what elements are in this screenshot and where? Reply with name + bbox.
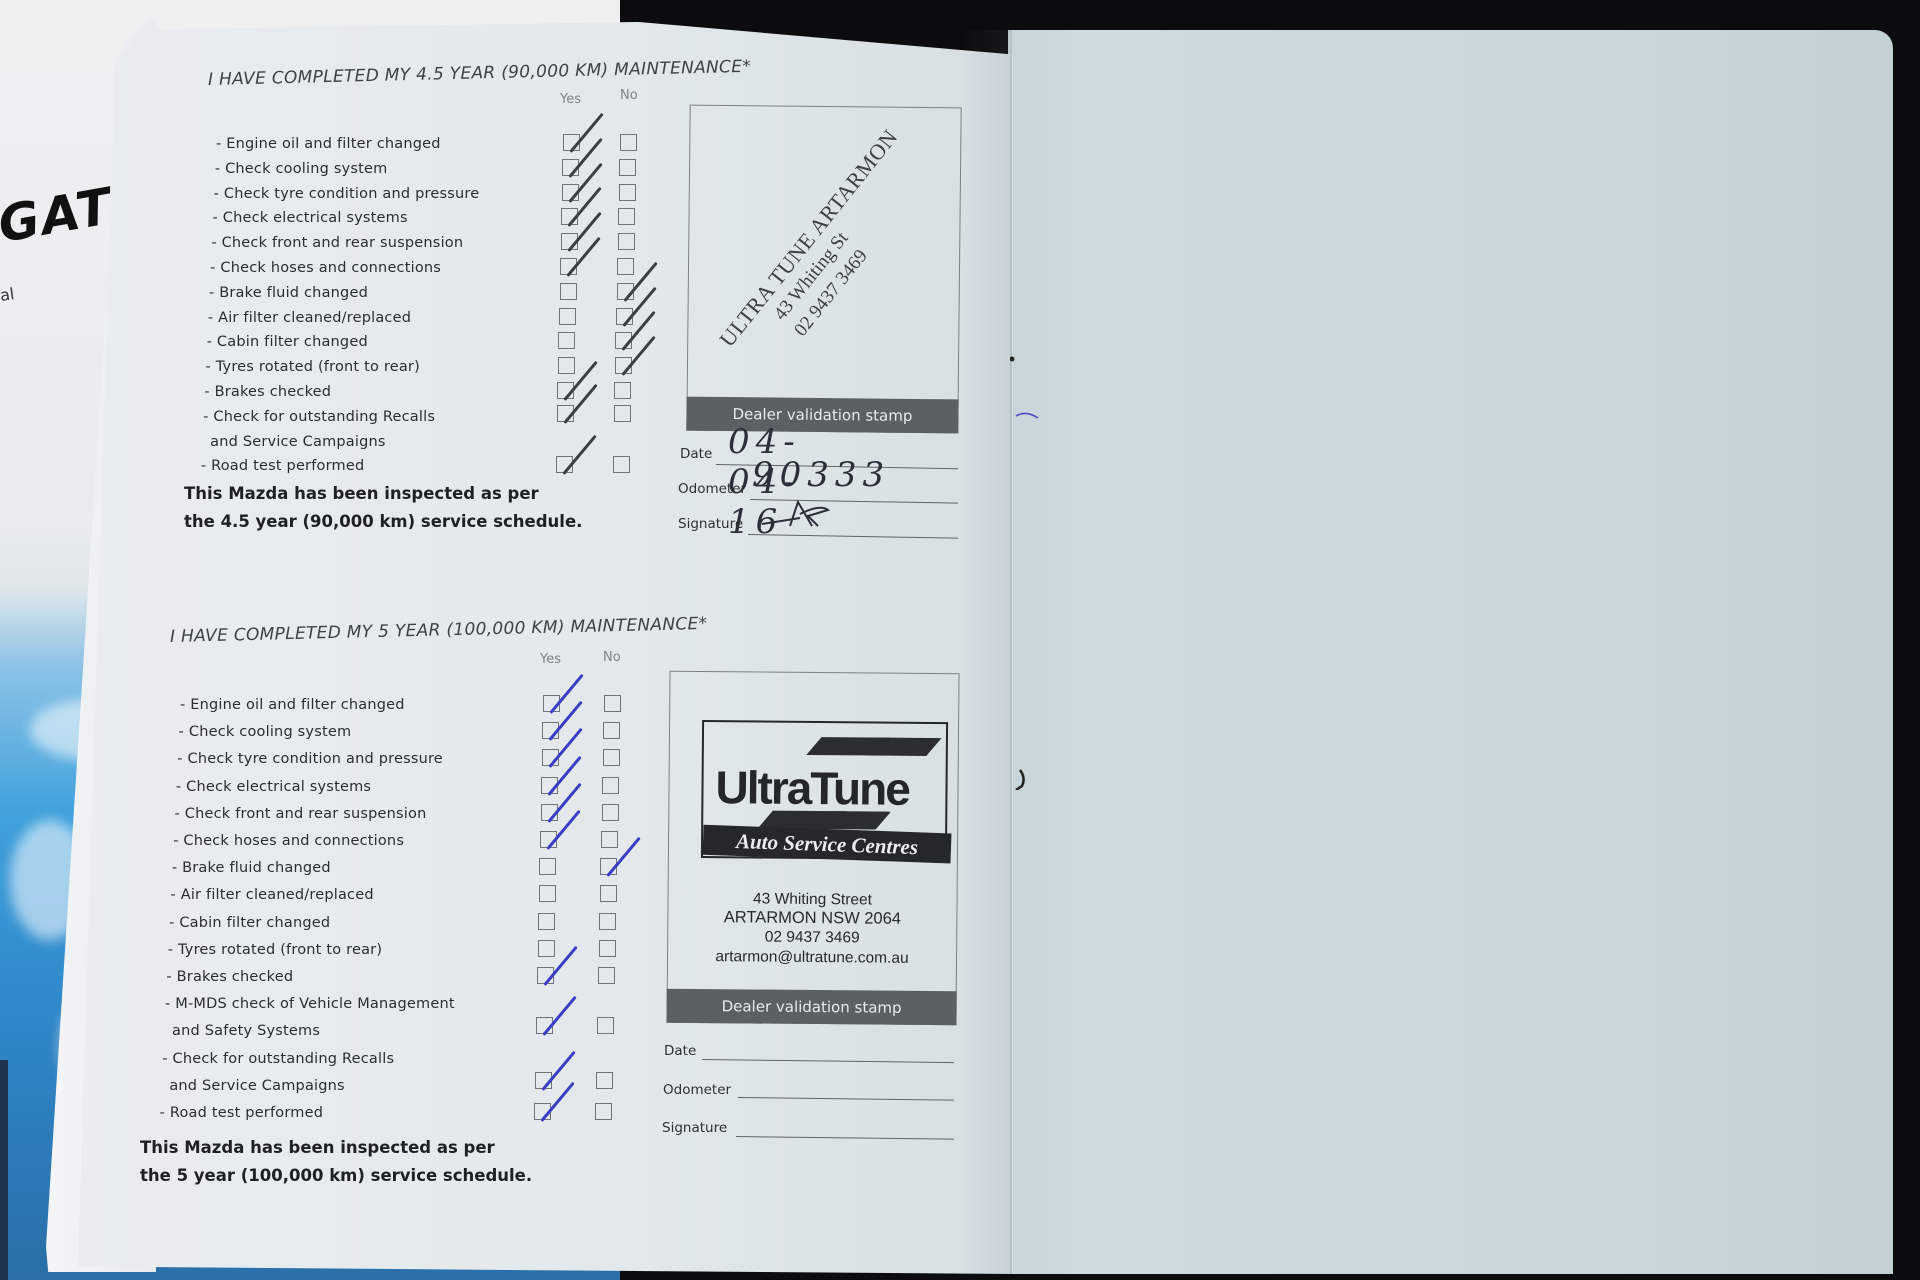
checkbox-no[interactable] (613, 456, 630, 473)
checkbox-no[interactable] (595, 1103, 612, 1120)
checklist-item-label: - Brake fluid changed (172, 860, 331, 876)
checklist-item-label: - Check tyre condition and pressure (214, 186, 480, 202)
checkbox-no[interactable] (599, 913, 616, 930)
ultratune-logo: UltraTune Auto Service Centres (701, 720, 948, 860)
checklist-item-label-continued: and Safety Systems (172, 1023, 320, 1039)
checklist-item-label: - Tyres rotated (front to rear) (168, 942, 382, 958)
checklist-item-label-continued: and Service Campaigns (169, 1078, 345, 1094)
checklist-item-label: - Check front and rear suspension (211, 235, 463, 251)
checkbox-yes[interactable] (560, 283, 577, 300)
checkbox-yes[interactable] (558, 332, 575, 349)
dealer-stamp-box: UltraTune Auto Service Centres 43 Whitin… (666, 671, 959, 1026)
yes-column-header: Yes (560, 92, 581, 107)
checklist-item-label: - Check electrical systems (176, 779, 371, 795)
odometer-label: Odometer (678, 481, 746, 497)
no-column-header: No (603, 650, 621, 665)
checkbox-no[interactable] (601, 831, 618, 848)
checklist-item-label: - Check front and rear suspension (175, 806, 427, 822)
checklist-item-label-continued: and Service Campaigns (210, 434, 386, 450)
checklist-item-label: - Check for outstanding Recalls (162, 1051, 394, 1067)
stamp-caption: Dealer validation stamp (666, 989, 956, 1026)
checklist-item-label: - Air filter cleaned/replaced (170, 887, 373, 903)
checklist-item-label: - Check cooling system (215, 161, 388, 177)
checkbox-no[interactable] (596, 1072, 613, 1089)
checkbox-no[interactable] (618, 233, 635, 250)
checkbox-no[interactable] (604, 695, 621, 712)
checklist-item-label: - M-MDS check of Vehicle Management (165, 996, 455, 1012)
checkbox-no[interactable] (617, 258, 634, 275)
inspection-statement: This Mazda has been inspected as per the… (184, 480, 582, 536)
checkbox-no[interactable] (619, 184, 636, 201)
checklist-item-label: - Cabin filter changed (207, 334, 368, 350)
checkbox-no[interactable] (614, 405, 631, 422)
stamp-email: artarmon@ultratune.com.au (668, 948, 956, 969)
dealer-stamp-box: ULTRA TUNE ARTARMON 43 Whiting St 02 943… (686, 105, 961, 434)
checkbox-no[interactable] (603, 722, 620, 739)
statement-line-2: the 4.5 year (90,000 km) service schedul… (184, 508, 582, 536)
checklist-item-label: - Check cooling system (179, 724, 352, 740)
checklist-item-label: - Brakes checked (166, 969, 293, 985)
checklist-item-label: - Air filter cleaned/replaced (208, 310, 411, 326)
pen-mark (1010, 350, 1040, 790)
checkbox-yes[interactable] (558, 357, 575, 374)
checklist-item-label: - Brakes checked (204, 384, 331, 400)
odometer-label: Odometer (663, 1082, 731, 1098)
checklist-item-label: - Road test performed (160, 1105, 324, 1121)
checkbox-yes[interactable] (559, 308, 576, 325)
no-column-header: No (620, 88, 638, 103)
dealer-stamp: ULTRA TUNE ARTARMON 43 Whiting St 02 943… (714, 86, 975, 385)
stamp-phone: 02 9437 3469 (668, 928, 956, 949)
inspection-statement: This Mazda has been inspected as per the… (140, 1134, 532, 1190)
date-label: Date (664, 1043, 696, 1059)
checklist-item-label: - Check hoses and connections (173, 833, 404, 849)
checkbox-no[interactable] (619, 159, 636, 176)
binder-edge (0, 1060, 8, 1280)
checkbox-no[interactable] (614, 382, 631, 399)
stamp-line-address: 43 Whiting St (735, 102, 955, 368)
signature-label: Signature (678, 516, 743, 532)
checkbox-no[interactable] (597, 1017, 614, 1034)
checklist-item-label: - Engine oil and filter changed (216, 136, 441, 152)
checkbox-yes[interactable] (539, 858, 556, 875)
checkbox-no[interactable] (603, 749, 620, 766)
right-page-blank (1008, 30, 1893, 1274)
checklist-item-label: - Check for outstanding Recalls (203, 409, 435, 425)
checklist-item-label: - Road test performed (201, 458, 365, 474)
checkbox-no[interactable] (620, 134, 637, 151)
spine-shadow (960, 30, 1012, 1274)
checkbox-no[interactable] (600, 885, 617, 902)
checklist-item-label: - Check tyre condition and pressure (177, 751, 443, 767)
signature-label: Signature (662, 1120, 727, 1136)
checklist-item-label: - Brake fluid changed (209, 285, 368, 301)
checkbox-yes[interactable] (539, 885, 556, 902)
checkbox-no[interactable] (598, 967, 615, 984)
booklet-subtitle-fragment: al (0, 284, 16, 305)
odometer-value[interactable]: 90333 (752, 455, 890, 495)
checkbox-no[interactable] (599, 940, 616, 957)
checklist-item-label: - Engine oil and filter changed (180, 697, 405, 713)
checklist-item-label: - Check hoses and connections (210, 260, 441, 276)
checkbox-no[interactable] (602, 777, 619, 794)
statement-line-1: This Mazda has been inspected as per (140, 1134, 532, 1162)
checklist-item-label: - Tyres rotated (front to rear) (206, 359, 420, 375)
logo-text: UltraTune (715, 760, 909, 816)
checkbox-no[interactable] (602, 804, 619, 821)
signature-scribble[interactable] (760, 496, 840, 532)
checkbox-yes[interactable] (538, 913, 555, 930)
checklist-item-label: - Check electrical systems (213, 210, 408, 226)
statement-line-2: the 5 year (100,000 km) service schedule… (140, 1162, 532, 1190)
yes-column-header: Yes (540, 652, 561, 667)
checklist-item-label: - Cabin filter changed (169, 915, 330, 931)
date-label: Date (680, 446, 712, 462)
checkbox-yes[interactable] (538, 940, 555, 957)
checkbox-no[interactable] (618, 208, 635, 225)
stamp-address-suburb: ARTARMON NSW 2064 (668, 908, 956, 930)
statement-line-1: This Mazda has been inspected as per (184, 480, 582, 508)
logo-banner: Auto Service Centres (703, 825, 952, 864)
